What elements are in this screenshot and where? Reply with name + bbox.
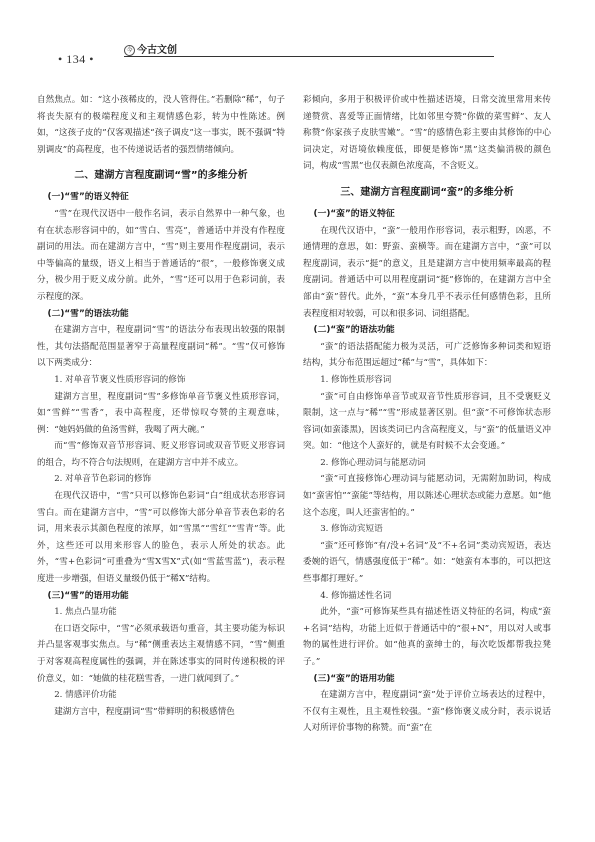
item-heading: 2. 情感评价功能 — [37, 687, 285, 704]
paragraph: 在建湖方言中，程度副词“蛮”处于评价立场表达的过程中，不仅有主观性，且主观性较强… — [303, 687, 551, 737]
journal-title: 今今古文创 — [124, 41, 177, 56]
left-column: 自然焦点。如：“这小孩稀皮的，没人管得住。”若删除“稀”，句子将丧失原有的极端程… — [37, 92, 285, 720]
paragraph: 在口语交际中，“雪”必须承载语句重音，其主要功能为标识并凸显客观事实焦点。与“稀… — [37, 621, 285, 687]
page-number: • 134 • — [58, 52, 94, 67]
page-header: • 134 • 今今古文创 — [30, 40, 466, 66]
item-heading: 2. 对单音节色彩词的修饰 — [37, 471, 285, 488]
subsection-heading: (二)“蛮”的语法功能 — [303, 322, 551, 339]
paragraph: 自然焦点。如：“这小孩稀皮的，没人管得住。”若删除“稀”，句子将丧失原有的极端程… — [37, 92, 285, 158]
header-rule — [124, 56, 494, 57]
subsection-heading: (三)“雪”的语用功能 — [37, 588, 285, 605]
paragraph: “蛮”可自由修饰单音节或双音节性质形容词，且不受褒贬义限制，这一点与“稀”“雪”… — [303, 389, 551, 455]
paragraph: 在建湖方言中，程度副词“雪”的语法分布表现出较强的限制性，其句法搭配范围显著窄于… — [37, 322, 285, 372]
paragraph: 在现代汉语中，“雪”只可以修饰色彩词“白”组成状态形容词雪白。而在建湖方言中，“… — [37, 488, 285, 588]
item-heading: 3. 修饰动宾短语 — [303, 521, 551, 538]
paragraph: 而“雪”修饰双音节形容词、贬义形容词或双音节贬义形容词的组合，均不符合句法规则，… — [37, 438, 285, 471]
paragraph: “蛮”可直接修饰心理动词与能愿动词，无需附加助词，构成如“蛮害怕”“蛮能”等结构… — [303, 471, 551, 521]
section-heading: 二、建湖方言程度副词“雪”的多维分析 — [37, 167, 285, 185]
subsection-heading: (二)“雪”的语法功能 — [37, 306, 285, 323]
paragraph: 在现代汉语中，“蛮”一般用作形容词，表示粗野，凶恶，不通情理的意思，如：野蛮、蛮… — [303, 223, 551, 323]
subsection-heading: (一)“蛮”的语义特征 — [303, 206, 551, 223]
paragraph: “蛮”的语法搭配能力极为灵活，可广泛修饰多种词类和短语结构，其分布范围远超过“稀… — [303, 339, 551, 372]
subsection-heading: (三)“蛮”的语用功能 — [303, 671, 551, 688]
paragraph: 建湖方言里，程度副词“雪”多修饰单音节褒义性质形容词，如“雪鲜”“雪香”，表中高… — [37, 389, 285, 439]
paragraph: 建湖方言中，程度副词“雪”带鲜明的积极感情色 — [37, 704, 285, 721]
journal-logo-icon: 今 — [124, 45, 135, 56]
paragraph: 彩倾向，多用于积极评价或中性描述语境，日常交流里常用来传递赞赏、喜爱等正面情绪，… — [303, 92, 551, 175]
subsection-heading: (一)“雪”的语义特征 — [37, 189, 285, 206]
item-heading: 1. 修饰性质形容词 — [303, 372, 551, 389]
item-heading: 2. 修饰心理动词与能愿动词 — [303, 455, 551, 472]
item-heading: 1. 对单音节褒义性质形容词的修饰 — [37, 372, 285, 389]
paragraph: “蛮”还可修饰“有/没+名词”及“不+名词”类动宾短语，表达委婉的语气，情感强度… — [303, 538, 551, 588]
right-column: 彩倾向，多用于积极评价或中性描述语境，日常交流里常用来传递赞赏、喜爱等正面情绪，… — [303, 92, 551, 737]
journal-name: 今古文创 — [137, 45, 177, 56]
item-heading: 4. 修饰描述性名词 — [303, 588, 551, 605]
paragraph: “雪”在现代汉语中一般作名词，表示自然界中一种气象，也有在状态形容词中的，如“雪… — [37, 206, 285, 306]
item-heading: 1. 焦点凸显功能 — [37, 604, 285, 621]
paragraph: 此外，“蛮”可修饰某些具有描述性语义特征的名词，构成“蛮+名词”结构，功能上近似… — [303, 604, 551, 670]
section-heading: 三、建湖方言程度副词“蛮”的多维分析 — [303, 184, 551, 202]
